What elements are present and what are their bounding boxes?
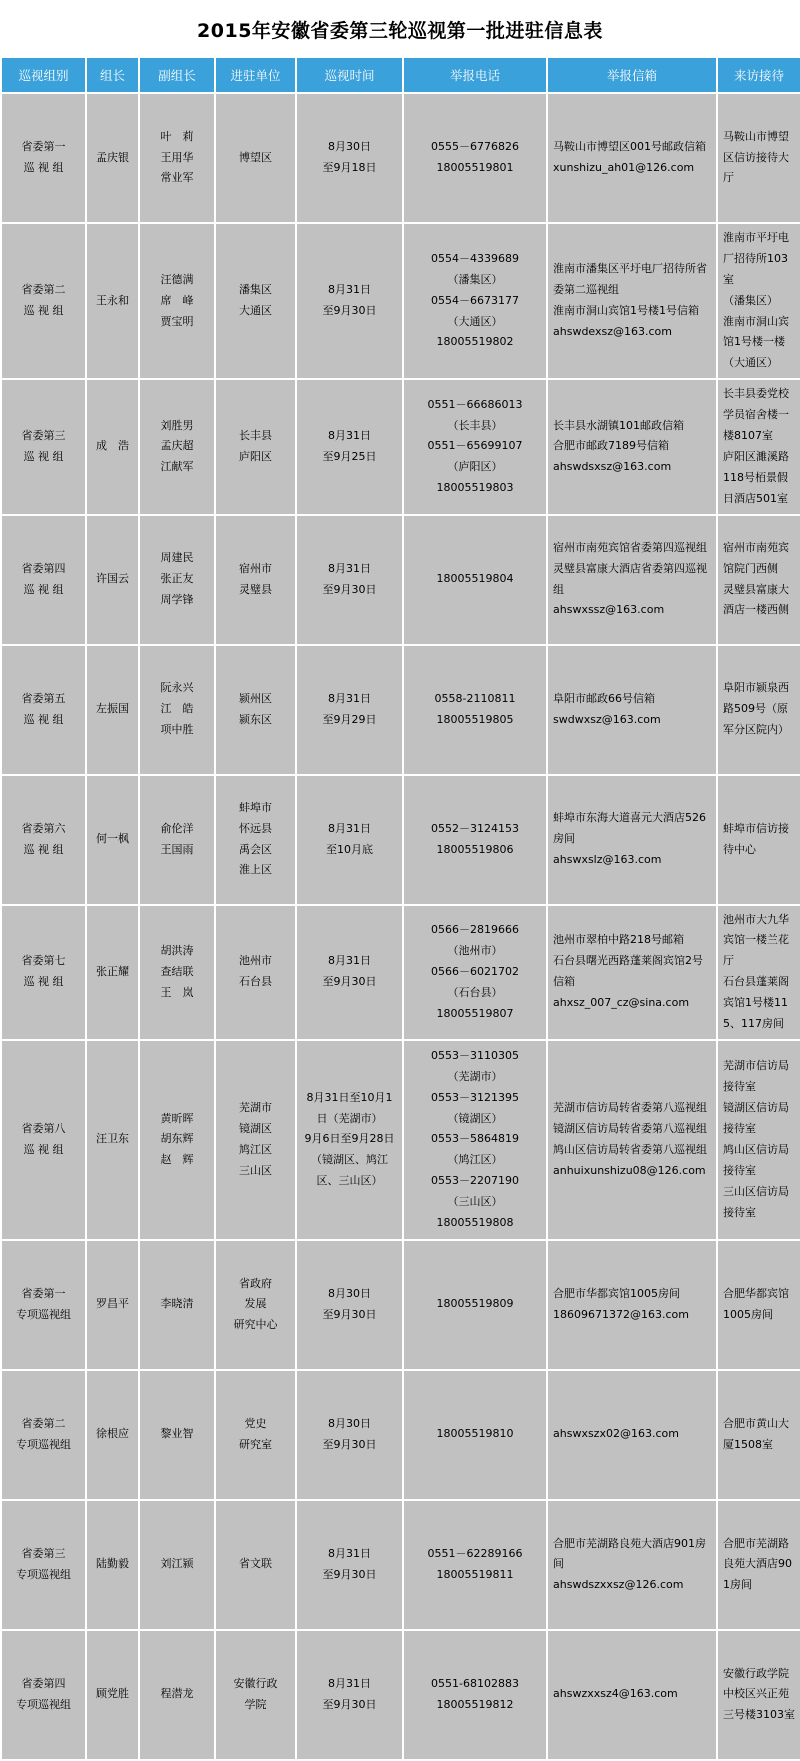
cell-leader: 顾党胜 bbox=[86, 1630, 139, 1760]
column-header-inspection-group: 巡视组别 bbox=[1, 57, 86, 93]
page: 2015年安徽省委第三轮巡视第一批进驻信息表 巡视组别组长副组长进驻单位巡视时间… bbox=[0, 0, 800, 1761]
cell-leader: 陆勤毅 bbox=[86, 1500, 139, 1630]
cell-leader: 汪卫东 bbox=[86, 1040, 139, 1240]
table-row: 省委第一 专项巡视组罗昌平李晓清省政府 发展 研究中心8月30日 至9月30日1… bbox=[1, 1240, 800, 1370]
cell-inspection-group: 省委第六 巡 视 组 bbox=[1, 775, 86, 905]
cell-leader: 孟庆银 bbox=[86, 93, 139, 223]
cell-inspection-group: 省委第四 专项巡视组 bbox=[1, 1630, 86, 1760]
cell-deputy-leaders: 叶 莉 王用华 常业军 bbox=[139, 93, 215, 223]
cell-deputy-leaders: 胡洪涛 查结联 王 岚 bbox=[139, 905, 215, 1040]
cell-deputy-leaders: 周建民 张正友 周学锋 bbox=[139, 515, 215, 645]
table-row: 省委第七 巡 视 组张正耀胡洪涛 查结联 王 岚池州市 石台县8月31日 至9月… bbox=[1, 905, 800, 1040]
cell-report-phone: 0551－62289166 18005519811 bbox=[403, 1500, 547, 1630]
cell-report-mailbox: 合肥市芜湖路良苑大酒店901房间 ahswdszxxsz@126.com bbox=[547, 1500, 717, 1630]
cell-deputy-leaders: 刘江颍 bbox=[139, 1500, 215, 1630]
cell-leader: 张正耀 bbox=[86, 905, 139, 1040]
cell-deputy-leaders: 俞伦洋 王国雨 bbox=[139, 775, 215, 905]
cell-leader: 成 浩 bbox=[86, 379, 139, 514]
cell-stationed-unit: 省文联 bbox=[215, 1500, 296, 1630]
table-row: 省委第六 巡 视 组何一枫俞伦洋 王国雨蚌埠市 怀远县 禹会区 淮上区8月31日… bbox=[1, 775, 800, 905]
cell-stationed-unit: 博望区 bbox=[215, 93, 296, 223]
cell-inspection-period: 8月31日 至9月25日 bbox=[296, 379, 403, 514]
cell-visit-reception: 池州市大九华宾馆一楼兰花厅 石台县蓬莱阁宾馆1号楼115、117房间 bbox=[717, 905, 800, 1040]
cell-inspection-group: 省委第四 巡 视 组 bbox=[1, 515, 86, 645]
cell-deputy-leaders: 黄昕晖 胡东辉 赵 辉 bbox=[139, 1040, 215, 1240]
cell-stationed-unit: 池州市 石台县 bbox=[215, 905, 296, 1040]
cell-stationed-unit: 颍州区 颍东区 bbox=[215, 645, 296, 775]
cell-report-mailbox: ahswzxxsz4@163.com bbox=[547, 1630, 717, 1760]
table-row: 省委第二 巡 视 组王永和汪德满 席 峰 贾宝明潘集区 大通区8月31日 至9月… bbox=[1, 223, 800, 379]
cell-inspection-period: 8月30日 至9月30日 bbox=[296, 1370, 403, 1500]
cell-report-phone: 0551－66686013 （长丰县） 0551－65699107 （庐阳区） … bbox=[403, 379, 547, 514]
cell-stationed-unit: 潘集区 大通区 bbox=[215, 223, 296, 379]
cell-visit-reception: 长丰县委党校学员宿舍楼一楼8107室 庐阳区濉溪路118号栢景假日酒店501室 bbox=[717, 379, 800, 514]
cell-stationed-unit: 长丰县 庐阳区 bbox=[215, 379, 296, 514]
cell-visit-reception: 合肥市黄山大厦1508室 bbox=[717, 1370, 800, 1500]
cell-inspection-group: 省委第三 巡 视 组 bbox=[1, 379, 86, 514]
cell-inspection-period: 8月31日 至9月30日 bbox=[296, 1630, 403, 1760]
cell-deputy-leaders: 刘胜男 孟庆超 江献军 bbox=[139, 379, 215, 514]
cell-inspection-period: 8月30日 至9月18日 bbox=[296, 93, 403, 223]
column-header-leader: 组长 bbox=[86, 57, 139, 93]
cell-report-mailbox: 长丰县水湖镇101邮政信箱 合肥市邮政7189号信箱 ahswdsxsz@163… bbox=[547, 379, 717, 514]
table-body: 省委第一 巡 视 组孟庆银叶 莉 王用华 常业军博望区8月30日 至9月18日0… bbox=[1, 93, 800, 1760]
cell-visit-reception: 淮南市平圩电厂招待所103室 （潘集区） 淮南市洞山宾馆1号楼一楼 （大通区） bbox=[717, 223, 800, 379]
cell-report-phone: 0555－6776826 18005519801 bbox=[403, 93, 547, 223]
table-row: 省委第三 专项巡视组陆勤毅刘江颍省文联8月31日 至9月30日0551－6228… bbox=[1, 1500, 800, 1630]
table-row: 省委第八 巡 视 组汪卫东黄昕晖 胡东辉 赵 辉芜湖市 镜湖区 鸠江区 三山区8… bbox=[1, 1040, 800, 1240]
cell-report-phone: 18005519804 bbox=[403, 515, 547, 645]
cell-inspection-group: 省委第五 巡 视 组 bbox=[1, 645, 86, 775]
cell-inspection-period: 8月31日 至9月29日 bbox=[296, 645, 403, 775]
table-row: 省委第三 巡 视 组成 浩刘胜男 孟庆超 江献军长丰县 庐阳区8月31日 至9月… bbox=[1, 379, 800, 514]
cell-visit-reception: 宿州市南苑宾馆院门西侧 灵璧县富康大酒店一楼西侧 bbox=[717, 515, 800, 645]
cell-leader: 何一枫 bbox=[86, 775, 139, 905]
cell-report-mailbox: 池州市翠柏中路218号邮箱 石台县曙光西路蓬莱阁宾馆2号信箱 ahxsz_007… bbox=[547, 905, 717, 1040]
cell-report-phone: 0566－2819666 （池州市） 0566－6021702 （石台县） 18… bbox=[403, 905, 547, 1040]
column-header-deputy-leaders: 副组长 bbox=[139, 57, 215, 93]
cell-inspection-period: 8月31日 至9月30日 bbox=[296, 1500, 403, 1630]
cell-inspection-group: 省委第一 巡 视 组 bbox=[1, 93, 86, 223]
cell-inspection-group: 省委第一 专项巡视组 bbox=[1, 1240, 86, 1370]
column-header-stationed-unit: 进驻单位 bbox=[215, 57, 296, 93]
cell-stationed-unit: 芜湖市 镜湖区 鸠江区 三山区 bbox=[215, 1040, 296, 1240]
page-title: 2015年安徽省委第三轮巡视第一批进驻信息表 bbox=[0, 0, 800, 56]
cell-leader: 罗昌平 bbox=[86, 1240, 139, 1370]
cell-stationed-unit: 蚌埠市 怀远县 禹会区 淮上区 bbox=[215, 775, 296, 905]
cell-report-mailbox: 蚌埠市东海大道喜元大酒店526房间 ahswxslz@163.com bbox=[547, 775, 717, 905]
cell-inspection-period: 8月31日 至9月30日 bbox=[296, 515, 403, 645]
cell-report-mailbox: 合肥市华都宾馆1005房间 18609671372@163.com bbox=[547, 1240, 717, 1370]
table-header: 巡视组别组长副组长进驻单位巡视时间举报电话举报信箱来访接待 bbox=[1, 57, 800, 93]
cell-inspection-group: 省委第二 巡 视 组 bbox=[1, 223, 86, 379]
cell-leader: 徐根应 bbox=[86, 1370, 139, 1500]
cell-inspection-period: 8月31日 至10月底 bbox=[296, 775, 403, 905]
cell-leader: 王永和 bbox=[86, 223, 139, 379]
cell-report-phone: 0553－3110305 （芜湖市） 0553－3121395 （镜湖区） 05… bbox=[403, 1040, 547, 1240]
cell-inspection-period: 8月31日 至9月30日 bbox=[296, 223, 403, 379]
cell-inspection-group: 省委第二 专项巡视组 bbox=[1, 1370, 86, 1500]
cell-report-phone: 0554－4339689 （潘集区） 0554－6673177 （大通区） 18… bbox=[403, 223, 547, 379]
cell-stationed-unit: 省政府 发展 研究中心 bbox=[215, 1240, 296, 1370]
cell-report-mailbox: 芜湖市信访局转省委第八巡视组 镜湖区信访局转省委第八巡视组 鸠山区信访局转省委第… bbox=[547, 1040, 717, 1240]
inspection-info-table: 巡视组别组长副组长进驻单位巡视时间举报电话举报信箱来访接待 省委第一 巡 视 组… bbox=[0, 56, 800, 1761]
cell-inspection-period: 8月31日 至9月30日 bbox=[296, 905, 403, 1040]
cell-inspection-group: 省委第七 巡 视 组 bbox=[1, 905, 86, 1040]
table-row: 省委第一 巡 视 组孟庆银叶 莉 王用华 常业军博望区8月30日 至9月18日0… bbox=[1, 93, 800, 223]
cell-visit-reception: 芜湖市信访局接待室 镜湖区信访局接待室 鸠山区信访局接待室 三山区信访局接待室 bbox=[717, 1040, 800, 1240]
cell-deputy-leaders: 黎业智 bbox=[139, 1370, 215, 1500]
cell-inspection-period: 8月31日至10月1日（芜湖市） 9月6日至9月28日（镜湖区、鸠江区、三山区） bbox=[296, 1040, 403, 1240]
table-row: 省委第五 巡 视 组左振国阮永兴 江 皓 项中胜颍州区 颍东区8月31日 至9月… bbox=[1, 645, 800, 775]
cell-leader: 许国云 bbox=[86, 515, 139, 645]
cell-visit-reception: 阜阳市颍泉西路509号（原军分区院内） bbox=[717, 645, 800, 775]
cell-visit-reception: 马鞍山市博望区信访接待大厅 bbox=[717, 93, 800, 223]
cell-report-phone: 0552－3124153 18005519806 bbox=[403, 775, 547, 905]
cell-inspection-period: 8月30日 至9月30日 bbox=[296, 1240, 403, 1370]
header-row: 巡视组别组长副组长进驻单位巡视时间举报电话举报信箱来访接待 bbox=[1, 57, 800, 93]
column-header-report-mailbox: 举报信箱 bbox=[547, 57, 717, 93]
cell-stationed-unit: 安徽行政 学院 bbox=[215, 1630, 296, 1760]
cell-report-mailbox: 淮南市潘集区平圩电厂招待所省委第二巡视组 淮南市洞山宾馆1号楼1号信箱 ahsw… bbox=[547, 223, 717, 379]
column-header-inspection-period: 巡视时间 bbox=[296, 57, 403, 93]
cell-leader: 左振国 bbox=[86, 645, 139, 775]
table-row: 省委第四 巡 视 组许国云周建民 张正友 周学锋宿州市 灵璧县8月31日 至9月… bbox=[1, 515, 800, 645]
cell-report-mailbox: 阜阳市邮政66号信箱 swdwxsz@163.com bbox=[547, 645, 717, 775]
cell-report-phone: 0558-2110811 18005519805 bbox=[403, 645, 547, 775]
column-header-report-phone: 举报电话 bbox=[403, 57, 547, 93]
cell-report-phone: 18005519809 bbox=[403, 1240, 547, 1370]
table-row: 省委第四 专项巡视组顾党胜程潜龙安徽行政 学院8月31日 至9月30日0551-… bbox=[1, 1630, 800, 1760]
cell-visit-reception: 合肥华都宾馆 1005房间 bbox=[717, 1240, 800, 1370]
cell-report-mailbox: 宿州市南苑宾馆省委第四巡视组 灵璧县富康大酒店省委第四巡视组 ahswxssz@… bbox=[547, 515, 717, 645]
cell-inspection-group: 省委第三 专项巡视组 bbox=[1, 1500, 86, 1630]
cell-report-phone: 0551-68102883 18005519812 bbox=[403, 1630, 547, 1760]
cell-visit-reception: 蚌埠市信访接待中心 bbox=[717, 775, 800, 905]
cell-visit-reception: 安徽行政学院中校区兴正苑三号楼3103室 bbox=[717, 1630, 800, 1760]
cell-stationed-unit: 宿州市 灵璧县 bbox=[215, 515, 296, 645]
cell-deputy-leaders: 李晓清 bbox=[139, 1240, 215, 1370]
cell-report-mailbox: ahswxszx02@163.com bbox=[547, 1370, 717, 1500]
cell-deputy-leaders: 汪德满 席 峰 贾宝明 bbox=[139, 223, 215, 379]
cell-visit-reception: 合肥市芜湖路良苑大酒店901房间 bbox=[717, 1500, 800, 1630]
cell-deputy-leaders: 程潜龙 bbox=[139, 1630, 215, 1760]
cell-inspection-group: 省委第八 巡 视 组 bbox=[1, 1040, 86, 1240]
cell-report-phone: 18005519810 bbox=[403, 1370, 547, 1500]
cell-deputy-leaders: 阮永兴 江 皓 项中胜 bbox=[139, 645, 215, 775]
cell-report-mailbox: 马鞍山市博望区001号邮政信箱 xunshizu_ah01@126.com bbox=[547, 93, 717, 223]
cell-stationed-unit: 党史 研究室 bbox=[215, 1370, 296, 1500]
table-row: 省委第二 专项巡视组徐根应黎业智党史 研究室8月30日 至9月30日180055… bbox=[1, 1370, 800, 1500]
column-header-visit-reception: 来访接待 bbox=[717, 57, 800, 93]
